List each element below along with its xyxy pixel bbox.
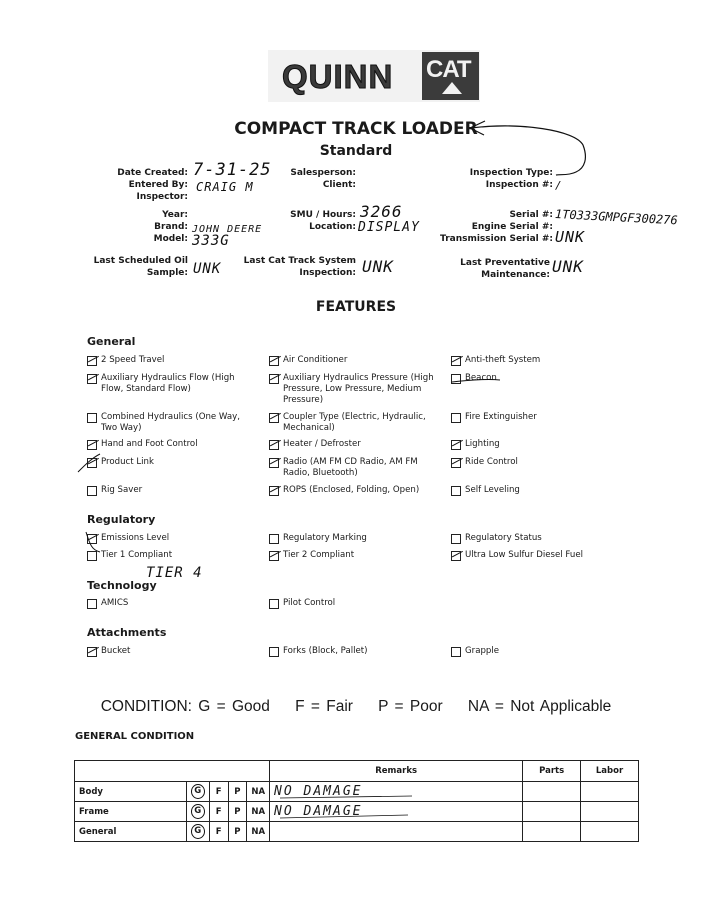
remarks-cell[interactable]: NO DAMAGE (270, 782, 523, 802)
labor-cell[interactable] (581, 802, 639, 822)
feature-item[interactable]: Coupler Type (Electric, Hydraulic, Mecha… (269, 412, 439, 434)
oil-sample-value[interactable]: UNK (193, 261, 221, 277)
smu-hours-label: SMU / Hours: (250, 209, 356, 221)
salesperson-label: Salesperson: (250, 167, 356, 179)
feature-label: Coupler Type (Electric, Hydraulic, Mecha… (283, 412, 439, 434)
preventative-value[interactable]: UNK (552, 259, 584, 275)
feature-label: Lighting (465, 439, 500, 450)
feature-item[interactable]: Ultra Low Sulfur Diesel Fuel (451, 550, 621, 561)
client-label: Client: (250, 179, 356, 191)
parts-header: Parts (523, 761, 581, 782)
checkbox[interactable] (87, 413, 97, 423)
checked-checkbox[interactable] (269, 440, 279, 450)
form-subtitle: Standard (0, 143, 712, 159)
feature-item[interactable]: Bucket (87, 646, 257, 657)
feature-label: Ride Control (465, 457, 518, 468)
parts-cell[interactable] (523, 782, 581, 802)
checked-checkbox[interactable] (269, 374, 279, 384)
regulatory-group-label: Regulatory (87, 513, 155, 526)
inspection-type-label: Inspection Type: (440, 167, 553, 179)
checked-checkbox[interactable] (269, 413, 279, 423)
rating-g[interactable]: G (186, 822, 209, 842)
feature-label: Pilot Control (283, 598, 335, 609)
row-name: General (75, 822, 187, 842)
checked-checkbox[interactable] (87, 374, 97, 384)
circled-rating: G (191, 824, 205, 839)
checked-checkbox[interactable] (451, 551, 461, 561)
labor-cell[interactable] (581, 822, 639, 842)
rating-f[interactable]: F (209, 822, 228, 842)
feature-label: Combined Hydraulics (One Way, Two Way) (101, 412, 257, 434)
inspection-no-label: Inspection #: (440, 179, 553, 191)
transmission-serial-value[interactable]: UNK (555, 229, 585, 245)
general-condition-heading: GENERAL CONDITION (75, 731, 194, 742)
entered-by-value[interactable]: CRAIG M (196, 179, 254, 195)
checkbox[interactable] (87, 599, 97, 609)
checked-checkbox[interactable] (451, 458, 461, 468)
feature-label: Bucket (101, 646, 130, 657)
feature-label: Tier 2 Compliant (283, 550, 354, 561)
year-label: Year: (80, 209, 188, 221)
oil-sample-label-line2: Sample: (60, 267, 188, 279)
feature-item[interactable]: Regulatory Status (451, 533, 621, 544)
track-inspection-label-line2: Inspection: (226, 267, 356, 279)
inspector-label: Inspector: (80, 191, 188, 203)
rating-p[interactable]: P (228, 802, 247, 822)
checkbox[interactable] (451, 486, 461, 496)
condition-legend: CONDITION: G = Good F = Fair P = Poor NA… (0, 698, 712, 716)
feature-label: Tier 1 Compliant (101, 550, 172, 561)
checked-checkbox[interactable] (269, 458, 279, 468)
feature-item[interactable]: Anti-theft System (451, 355, 621, 366)
header-blank-cell (75, 761, 270, 782)
table-row: FrameGFPNANO DAMAGE (75, 802, 639, 822)
feature-label: Ultra Low Sulfur Diesel Fuel (465, 550, 583, 561)
rating-g[interactable]: G (186, 782, 209, 802)
feature-item[interactable]: Auxiliary Hydraulics Pressure (High Pres… (269, 373, 439, 406)
cat-triangle-icon (442, 82, 462, 94)
attachments-group-label: Attachments (87, 626, 166, 639)
table-row: BodyGFPNANO DAMAGE (75, 782, 639, 802)
feature-item[interactable]: Forks (Block, Pallet) (269, 646, 439, 657)
features-heading: FEATURES (0, 299, 712, 315)
rating-na[interactable]: NA (247, 782, 270, 802)
technology-group-label: Technology (87, 579, 157, 592)
cat-logo: CAT (422, 52, 479, 100)
feature-item[interactable]: Heater / Defroster (269, 439, 439, 450)
oil-sample-label-line1: Last Scheduled Oil (60, 255, 188, 267)
feature-item[interactable]: 2 Speed Travel (87, 355, 257, 366)
checkbox[interactable] (451, 374, 461, 384)
date-created-label: Date Created: (80, 167, 188, 179)
feature-item[interactable]: Tier 2 Compliant (269, 550, 439, 561)
location-label: Location: (250, 221, 356, 233)
feature-label: Regulatory Status (465, 533, 542, 544)
feature-item[interactable]: ROPS (Enclosed, Folding, Open) (269, 485, 439, 496)
circled-rating: G (191, 804, 205, 819)
remarks-header: Remarks (270, 761, 523, 782)
feature-item[interactable]: Pilot Control (269, 598, 439, 609)
feature-item[interactable]: Combined Hydraulics (One Way, Two Way) (87, 412, 257, 434)
engine-serial-label: Engine Serial #: (420, 221, 553, 233)
feature-label: Product Link (101, 457, 154, 468)
feature-label: ROPS (Enclosed, Folding, Open) (283, 485, 419, 496)
feature-item[interactable]: Lighting (451, 439, 621, 450)
rating-f[interactable]: F (209, 802, 228, 822)
checkbox[interactable] (87, 486, 97, 496)
serial-value[interactable]: 1T0333GMPGF300276 (555, 206, 678, 228)
feature-label: Forks (Block, Pallet) (283, 646, 368, 657)
checked-checkbox[interactable] (451, 440, 461, 450)
feature-item[interactable]: Air Conditioner (269, 355, 439, 366)
parts-cell[interactable] (523, 802, 581, 822)
model-label: Model: (80, 233, 188, 245)
feature-item[interactable]: Hand and Foot Control (87, 439, 257, 450)
feature-item[interactable]: Rig Saver (87, 485, 257, 496)
remarks-cell[interactable]: NO DAMAGE (270, 802, 523, 822)
checked-checkbox[interactable] (87, 356, 97, 366)
feature-label: Beacon (465, 373, 497, 384)
brand-label: Brand: (80, 221, 188, 233)
model-value[interactable]: 333G (192, 233, 230, 249)
feature-label: Air Conditioner (283, 355, 347, 366)
track-inspection-value[interactable]: UNK (362, 259, 394, 275)
row-name: Body (75, 782, 187, 802)
checkbox[interactable] (269, 534, 279, 544)
feature-item[interactable]: Grapple (451, 646, 621, 657)
preventative-label-line1: Last Preventative (420, 257, 550, 269)
feature-item[interactable]: Product Link (87, 457, 257, 468)
checked-checkbox[interactable] (269, 551, 279, 561)
table-row: GeneralGFPNA (75, 822, 639, 842)
general-group-label: General (87, 335, 135, 348)
rating-p[interactable]: P (228, 782, 247, 802)
feature-item[interactable]: Regulatory Marking (269, 533, 439, 544)
feature-label: Heater / Defroster (283, 439, 361, 450)
checked-checkbox[interactable] (87, 440, 97, 450)
rating-f[interactable]: F (209, 782, 228, 802)
checkbox[interactable] (269, 599, 279, 609)
feature-label: Rig Saver (101, 485, 142, 496)
checkbox[interactable] (451, 647, 461, 657)
quinn-logo-text: QUINN (282, 58, 393, 96)
circled-rating: G (191, 784, 205, 799)
feature-item[interactable]: Emissions Level (87, 533, 257, 544)
feature-item[interactable]: AMICS (87, 598, 257, 609)
checked-checkbox[interactable] (269, 356, 279, 366)
feature-label: Auxiliary Hydraulics Pressure (High Pres… (283, 373, 439, 406)
feature-label: Grapple (465, 646, 499, 657)
parts-cell[interactable] (523, 822, 581, 842)
checkbox[interactable] (87, 551, 97, 561)
feature-label: Fire Extinguisher (465, 412, 537, 423)
checked-checkbox[interactable] (87, 534, 97, 544)
location-value[interactable]: DISPLAY (358, 220, 420, 236)
checkbox[interactable] (269, 647, 279, 657)
rating-p[interactable]: P (228, 822, 247, 842)
cat-logo-text: CAT (426, 56, 471, 84)
remarks-cell[interactable] (270, 822, 523, 842)
feature-label: 2 Speed Travel (101, 355, 164, 366)
labor-cell[interactable] (581, 782, 639, 802)
feature-label: AMICS (101, 598, 128, 609)
table-header-row: Remarks Parts Labor (75, 761, 639, 782)
feature-label: Regulatory Marking (283, 533, 367, 544)
preventative-label-line2: Maintenance: (420, 269, 550, 281)
feature-item[interactable]: Radio (AM FM CD Radio, AM FM Radio, Blue… (269, 457, 439, 479)
feature-label: Emissions Level (101, 533, 169, 544)
checked-checkbox[interactable] (87, 458, 97, 468)
labor-header: Labor (581, 761, 639, 782)
row-name: Frame (75, 802, 187, 822)
transmission-serial-label: Transmission Serial #: (420, 233, 553, 245)
rating-na[interactable]: NA (247, 802, 270, 822)
feature-label: Hand and Foot Control (101, 439, 198, 450)
feature-item[interactable]: Tier 1 Compliant (87, 550, 257, 561)
serial-label: Serial #: (420, 209, 553, 221)
checked-checkbox[interactable] (87, 647, 97, 657)
feature-item[interactable]: Self Leveling (451, 485, 621, 496)
feature-item[interactable]: Auxiliary Hydraulics Flow (High Flow, St… (87, 373, 257, 395)
form-title: COMPACT TRACK LOADER (0, 119, 712, 139)
general-condition-table: Remarks Parts Labor BodyGFPNANO DAMAGEFr… (74, 760, 639, 842)
feature-item[interactable]: Fire Extinguisher (451, 412, 621, 423)
feature-label: Auxiliary Hydraulics Flow (High Flow, St… (101, 373, 257, 395)
feature-label: Self Leveling (465, 485, 520, 496)
checked-checkbox[interactable] (451, 356, 461, 366)
checked-checkbox[interactable] (269, 486, 279, 496)
inspection-no-value[interactable]: / (555, 178, 563, 194)
entered-by-label: Entered By: (80, 179, 188, 191)
checkbox[interactable] (451, 534, 461, 544)
track-inspection-label-line1: Last Cat Track System (226, 255, 356, 267)
feature-item[interactable]: Beacon (451, 373, 621, 384)
feature-item[interactable]: Ride Control (451, 457, 621, 468)
rating-na[interactable]: NA (247, 822, 270, 842)
feature-label: Anti-theft System (465, 355, 540, 366)
checkbox[interactable] (451, 413, 461, 423)
feature-label: Radio (AM FM CD Radio, AM FM Radio, Blue… (283, 457, 439, 479)
smu-hours-value[interactable]: 3266 (360, 204, 403, 220)
rating-g[interactable]: G (186, 802, 209, 822)
